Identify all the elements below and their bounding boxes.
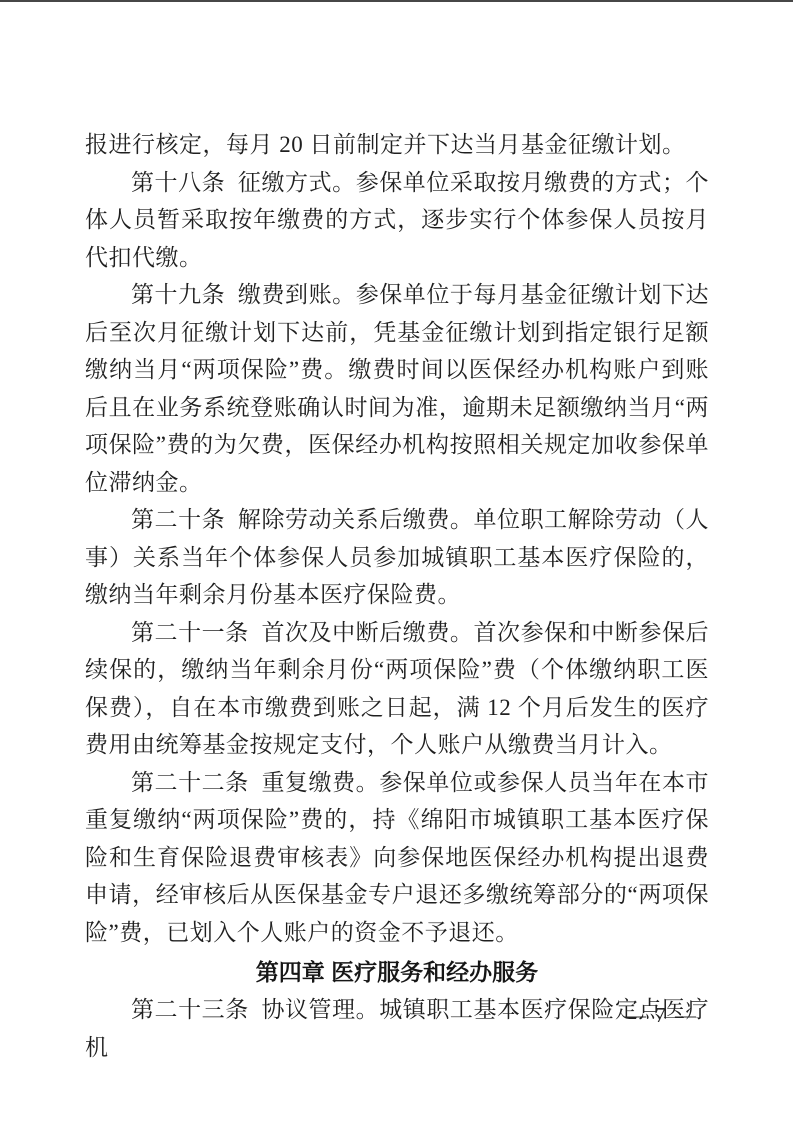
article-18-title: 征缴方式。 [238,170,356,195]
article-23-number: 第二十三条 [131,997,249,1022]
article-21: 第二十一条首次及中断后缴费。首次参保和中断参保后续保的，缴纳当年剩余月份“两项保… [85,614,709,764]
chapter-4-heading: 第四章 医疗服务和经办服务 [85,953,709,991]
article-18: 第十八条征缴方式。参保单位采取按月缴费的方式；个体人员暂采取按年缴费的方式，逐步… [85,164,709,277]
article-19: 第十九条缴费到账。参保单位于每月基金征缴计划下达后至次月征缴计划下达前，凭基金征… [85,276,709,501]
article-22-title: 重复缴费。 [261,770,379,795]
article-20: 第二十条解除劳动关系后缴费。单位职工解除劳动（人事）关系当年个体参保人员参加城镇… [85,501,709,614]
article-20-number: 第二十条 [131,507,225,532]
page-number: — 7 — [625,1002,698,1028]
article-19-text: 参保单位于每月基金征缴计划下达后至次月征缴计划下达前，凭基金征缴计划到指定银行足… [85,282,709,495]
article-21-number: 第二十一条 [131,620,249,645]
article-21-title: 首次及中断后缴费。 [261,620,473,645]
scan-edge-artifact [0,0,793,2]
text-block: 报进行核定，每月 20 日前制定并下达当月基金征缴计划。 第十八条征缴方式。参保… [85,126,709,1066]
article-22-number: 第二十二条 [131,770,249,795]
article-22: 第二十二条重复缴费。参保单位或参保人员当年在本市重复缴纳“两项保险”费的，持《绵… [85,764,709,952]
article-18-number: 第十八条 [131,170,225,195]
article-22-text: 参保单位或参保人员当年在本市重复缴纳“两项保险”费的，持《绵阳市城镇职工基本医疗… [85,770,709,945]
paragraph-continuation: 报进行核定，每月 20 日前制定并下达当月基金征缴计划。 [85,126,709,164]
document-page: { "document": { "paragraphs": [ { "type"… [0,0,793,1122]
article-20-title: 解除劳动关系后缴费。 [238,507,474,532]
article-23: 第二十三条协议管理。城镇职工基本医疗保险定点医疗机 [85,991,709,1066]
paragraph-continuation-text: 报进行核定，每月 20 日前制定并下达当月基金征缴计划。 [85,132,686,157]
article-19-title: 缴费到账。 [238,282,356,307]
article-23-title: 协议管理。 [261,997,379,1022]
article-19-number: 第十九条 [131,282,225,307]
